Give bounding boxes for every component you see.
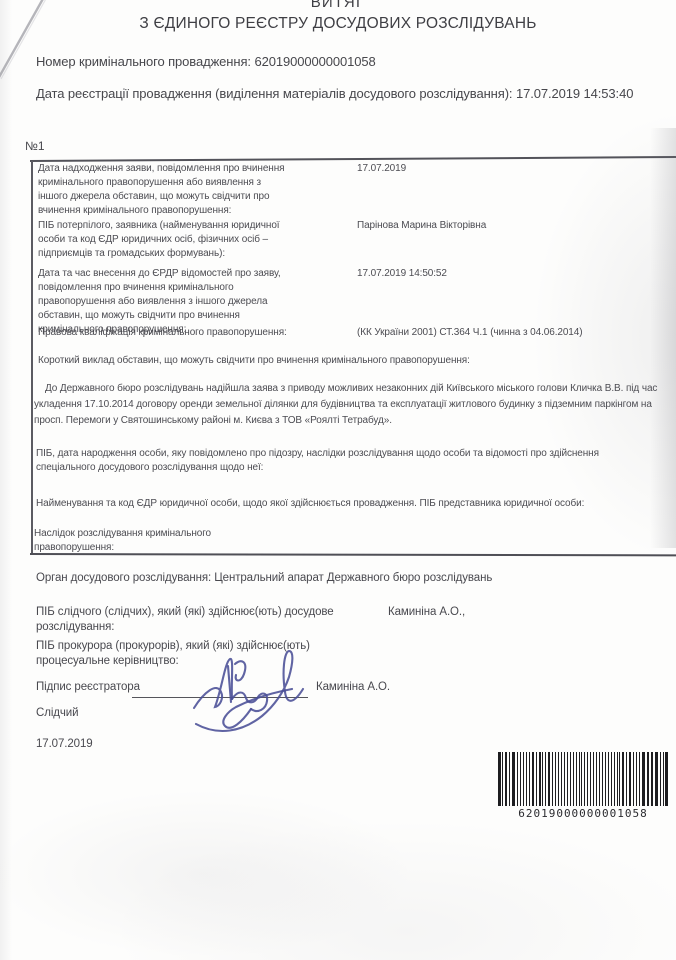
table-row-value: (КК України 2001) СТ.364 Ч.1 (чинна з 04…: [357, 326, 657, 340]
case-number-value: 62019000000001058: [254, 54, 375, 69]
registration-date-line: Дата реєстрації провадження (виділення м…: [36, 84, 648, 103]
authority-line: Орган досудового розслідування: Централь…: [36, 571, 656, 586]
barcode: [498, 752, 668, 806]
summary-text: До Державного бюро розслідувань надійшла…: [34, 381, 668, 429]
document-page: ВИТЯГ З ЄДИНОГО РЕЄСТРУ ДОСУДОВИХ РОЗСЛІ…: [0, 0, 676, 960]
authority-label: Орган досудового розслідування:: [36, 572, 214, 584]
scan-corner-fold-line: [0, 0, 70, 100]
outcome-label: Наслідок розслідування кримінального пра…: [34, 527, 249, 555]
table-row-label: ПІБ потерпілого, заявника (найменування …: [38, 219, 288, 261]
table-row-value: 17.07.2019: [357, 162, 657, 176]
case-number-line: Номер кримінального провадження: 6201900…: [36, 54, 376, 69]
registrar-signature-label: Підпис реєстратора: [36, 680, 140, 695]
barcode-digits: 62019000000001058: [496, 807, 670, 820]
document-title: ВИТЯГ: [0, 0, 676, 11]
signer-role: Слідчий: [36, 706, 78, 721]
handwritten-signature: [184, 644, 324, 748]
investigator-label: ПІБ слідчого (слідчих), який (які) здійс…: [36, 605, 388, 634]
table-row-value: 17.07.2019 14:50:52: [357, 267, 657, 281]
investigator-value: Каминіна А.О.,: [388, 605, 465, 620]
table-row-value: Парінова Марина Вікторівна: [357, 219, 657, 233]
registration-date-value: 17.07.2019 14:53:40: [516, 86, 633, 101]
registration-date-label: Дата реєстрації провадження (виділення м…: [36, 86, 516, 101]
summary-label: Короткий виклад обставин, що можуть свід…: [38, 354, 658, 368]
registrar-name: Каминіна А.О.: [316, 680, 390, 695]
suspect-label: ПІБ, дата народження особи, яку повідомл…: [36, 447, 634, 475]
authority-value: Центральний апарат Державного бюро розсл…: [214, 572, 492, 584]
document-subtitle: З ЄДИНОГО РЕЄСТРУ ДОСУДОВИХ РОЗСЛІДУВАНЬ: [0, 15, 676, 33]
legal-entity-label: Найменування та код ЄДР юридичної особи,…: [36, 497, 660, 511]
table-border-left: [31, 161, 33, 555]
record-index: №1: [25, 139, 45, 153]
table-row-label: Правова кваліфікація кримінального право…: [38, 326, 288, 340]
table-row-label: Дата надходження заяви, повідомлення про…: [38, 162, 288, 218]
footer-date: 17.07.2019: [36, 737, 93, 752]
